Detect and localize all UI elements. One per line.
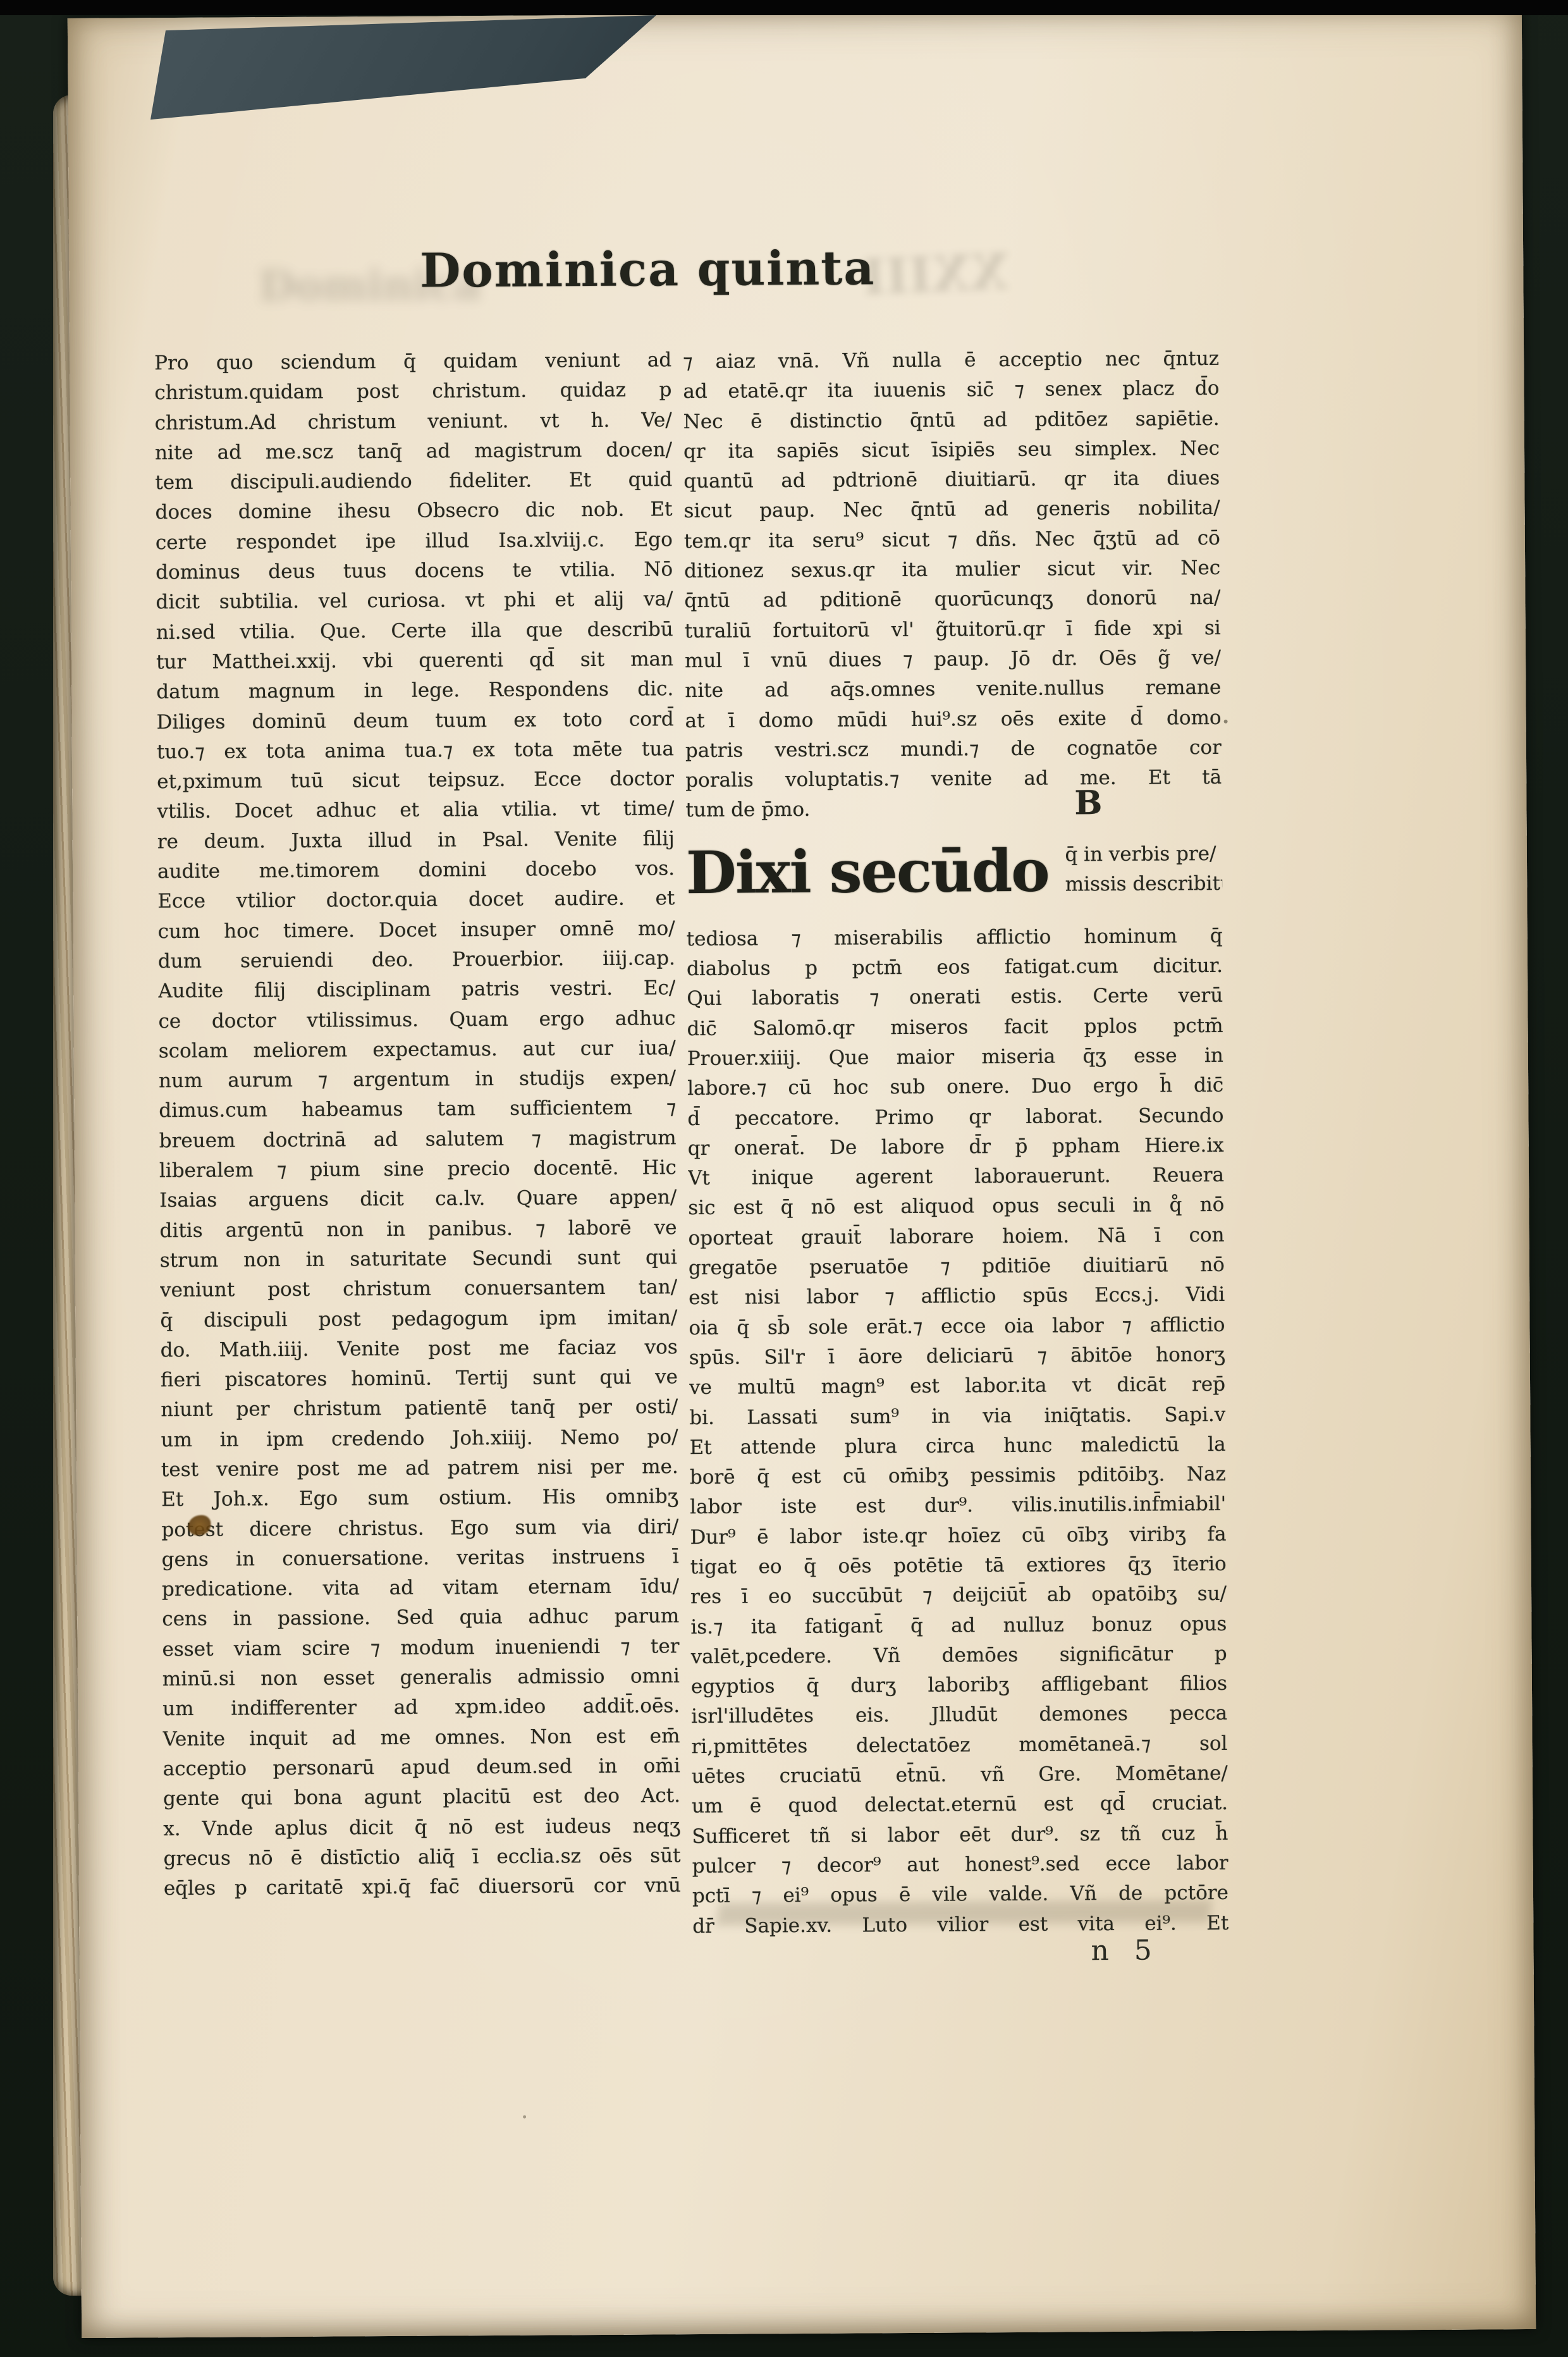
right-text-column: ⁊ aiaz vnā. Vñ nulla ē acceptio nec q̄nt… bbox=[683, 344, 1228, 1942]
text-line: Sufficeret tñ si labor eēt dur⁹. sz tñ c… bbox=[692, 1819, 1228, 1852]
text-line: nite ad aq̄s.omnes venite.nullus remane bbox=[685, 673, 1221, 706]
text-line: doces domine ihesu Obsecro dic nob. Et bbox=[155, 495, 672, 528]
heading-side-line: missis describitur bbox=[1065, 872, 1223, 896]
text-line: num aurum ⁊ argentum in studijs expen/ bbox=[159, 1063, 676, 1096]
text-line: datum magnum in lege. Respondens dic. bbox=[156, 674, 673, 707]
text-line: at ī domo mūdi hui⁹.sz oēs exite d̄ domo bbox=[685, 703, 1221, 735]
text-line: dimus.cum habeamus tam sufficientem ⁊ bbox=[159, 1093, 676, 1126]
text-line: res ī eo succūbūt ⁊ deijciūt̄ ab opatōib… bbox=[690, 1579, 1227, 1612]
text-line: x. Vnde aplus dicit q̄ nō est iudeus neq… bbox=[163, 1811, 680, 1844]
text-line: um in ipm credendo Joh.xiiij. Nemo po/ bbox=[161, 1422, 678, 1455]
text-line: christum.Ad christum veniunt. vt h. Ve/ bbox=[155, 405, 672, 438]
text-line: um ē quod delectat.eternū est qd̄ crucia… bbox=[692, 1788, 1228, 1821]
text-line: christum.quidam post christum. quidaz p bbox=[154, 376, 671, 409]
text-line: pulcer ⁊ decor⁹ aut honest⁹.sed ecce lab… bbox=[692, 1849, 1228, 1881]
text-line: patris vestri.scz mundi.⁊ de cognatōe co… bbox=[685, 733, 1222, 766]
text-line: qr onerat̄. De labore d̄r p̄ ppham Hiere… bbox=[688, 1131, 1224, 1164]
text-line: re deum. Juxta illud in Psal. Venite fil… bbox=[157, 824, 675, 857]
text-line: gregatōe pseruatōe ⁊ pditiōe diuitiarū n… bbox=[689, 1250, 1225, 1283]
text-line: grecus nō ē distīctio aliq̄ ī ecclia.sz … bbox=[163, 1841, 680, 1874]
text-line: est nisi labor ⁊ afflictio spūs Eccs.j. … bbox=[689, 1280, 1225, 1313]
text-line: qr ita sapiēs sicut īsipiēs seu simplex.… bbox=[683, 434, 1220, 467]
showthrough-smudge bbox=[716, 1900, 1213, 1926]
text-line: ve multū magn⁹ est labor.ita vt dicāt re… bbox=[689, 1370, 1225, 1403]
book-page: Dominica XXIII Dominica quinta Pro quo s… bbox=[68, 9, 1536, 2338]
text-line: dominus deus tuus docens te vtilia. Nō bbox=[156, 555, 673, 588]
text-line: cum hoc timere. Docet insuper omnē mo/ bbox=[158, 914, 675, 947]
text-line: scolam meliorem expectamus. aut cur iua/ bbox=[159, 1033, 676, 1066]
paper-speck bbox=[1224, 720, 1228, 723]
text-line: Prouer.xiiij. Que maior miseria q̄ʒ esse… bbox=[687, 1041, 1223, 1074]
text-line: Et attende plura circa hunc maledictū la bbox=[690, 1430, 1226, 1463]
quire-signature: n 5 bbox=[1091, 1935, 1152, 1967]
text-line: predicatione. vita ad vitam eternam īdu/ bbox=[162, 1572, 679, 1604]
paragraph-end-text: tum de p̄mo. bbox=[685, 795, 810, 825]
text-line: eq̄les p caritatē xpi.q̄ fac̄ diuersorū … bbox=[164, 1871, 681, 1904]
text-line: dicit subtilia. vel curiosa. vt phi et a… bbox=[156, 585, 673, 618]
section-heading-row: Dixi secūdo q̄ in verbis pre/ missis des… bbox=[686, 825, 1223, 923]
text-line: breuem doctrinā ad salutem ⁊ magistrum bbox=[159, 1123, 677, 1156]
text-line: dum seruiendi deo. Prouerbior. iiij.cap. bbox=[158, 944, 675, 976]
text-line: tigat eo q̄ oēs potētie tā extiores q̄ʒ … bbox=[690, 1549, 1227, 1582]
text-line: Isaias arguens dicit ca.lv. Quare appen/ bbox=[159, 1183, 677, 1216]
text-line: cens in passione. Sed quia adhuc parum bbox=[162, 1602, 679, 1635]
text-line: Diliges dominū deum tuum ex toto cord̄ bbox=[156, 705, 673, 737]
text-line: ce doctor vtilissimus. Quam ergo adhuc bbox=[158, 1004, 675, 1037]
text-line: egyptios q̄ durʒ laboribʒ affligebant fi… bbox=[691, 1669, 1227, 1702]
text-line: liberalem ⁊ pium sine precio docentē. Hi… bbox=[159, 1153, 677, 1186]
text-line: esset viam scire ⁊ modum inueniendi ⁊ te… bbox=[162, 1632, 679, 1665]
text-line: minū.si non esset generalis admissio omn… bbox=[162, 1661, 680, 1694]
text-line: acceptio personarū apud deum.sed in om̄i bbox=[163, 1751, 680, 1784]
text-line: Audite filij disciplinam patris vestri. … bbox=[158, 973, 675, 1006]
text-line: valēt,pcedere. Vñ demōes significātur p bbox=[691, 1639, 1227, 1672]
text-line: spūs. Sil'r ī āore deliciarū ⁊ ābitōe ho… bbox=[689, 1340, 1225, 1373]
text-line: bi. Lassati sum⁹ in via iniq̄tatis. Sapi… bbox=[689, 1400, 1225, 1432]
text-line: et,pximum tuū sicut teipsuz. Ecce doctor bbox=[157, 764, 674, 797]
text-line: Venite inquit ad me omnes. Non est em̄ bbox=[162, 1721, 680, 1754]
text-line: q̄ discipuli post pedagogum ipm imitan/ bbox=[160, 1303, 677, 1336]
text-line: diabolus p pctm̄ eos fatigat.cum dicitur… bbox=[687, 951, 1223, 984]
text-line: ni.sed vtilia. Que. Certe illa que descr… bbox=[156, 615, 673, 648]
text-line: tur Matthei.xxij. vbi querenti qd̄ sit m… bbox=[156, 644, 673, 677]
text-line: Pro quo sciendum q̄ quidam veniunt ad bbox=[154, 345, 671, 378]
text-line: niunt per christum patientē tanq̄ per os… bbox=[161, 1393, 678, 1425]
text-line: Vt inique agerent laborauerunt. Reuera bbox=[688, 1160, 1224, 1193]
text-line: gente qui bona agunt placitū est deo Act… bbox=[163, 1781, 680, 1814]
text-line: test venire post me ad patrem nisi per m… bbox=[161, 1452, 678, 1485]
text-line: audite me.timorem domini docebo vos. bbox=[157, 854, 675, 887]
section-heading-large: Dixi secūdo bbox=[686, 826, 1049, 917]
text-line: strum non in saturitate Secundi sunt qui bbox=[160, 1243, 677, 1276]
text-line: ditis argentū non in panibus. ⁊ laborē v… bbox=[159, 1213, 677, 1246]
text-line: Dur⁹ ē labor iste.qr hoīez cū oībʒ virib… bbox=[690, 1520, 1226, 1553]
section-heading-side: q̄ in verbis pre/ missis describitur bbox=[1065, 825, 1222, 900]
text-line: veniunt post christum conuersantem tan/ bbox=[160, 1272, 677, 1305]
text-line: do. Math.iiij. Venite post me faciaz vos bbox=[161, 1332, 678, 1365]
text-line: is.⁊ ita fatigant̄ q̄ ad nulluz bonuz op… bbox=[690, 1609, 1227, 1642]
page-title: Dominica quinta bbox=[385, 241, 910, 298]
text-line: dic̄ Salomō.qr miseros facit pplos pctm̄ bbox=[687, 1011, 1223, 1044]
paragraph-end-row: tum de p̄mo. B bbox=[685, 792, 1222, 825]
text-line: sicut paup. Nec q̄ntū ad generis nobilit… bbox=[683, 493, 1220, 526]
text-line: nite ad me.scz tanq̄ ad magistrum docen/ bbox=[155, 435, 672, 468]
text-line: Ecce vtilior doctor.quia docet audire. e… bbox=[157, 884, 675, 917]
text-line: oporteat grauit̄ laborare hoiem. Nā ī co… bbox=[688, 1221, 1224, 1253]
text-line: tem.qr ita seru⁹ sicut ⁊ dñs. Nec q̄ʒtū … bbox=[684, 524, 1220, 557]
right-column-upper: ⁊ aiaz vnā. Vñ nulla ē acceptio nec q̄nt… bbox=[683, 344, 1222, 796]
text-line: tuo.⁊ ex tota anima tua.⁊ ex tota mēte t… bbox=[157, 734, 674, 767]
text-line: labore.⁊ cū hoc sub onere. Duo ergo h̄ d… bbox=[687, 1071, 1223, 1104]
text-line: quantū ad pdtrionē diuitiarū. qr ita diu… bbox=[683, 464, 1220, 496]
text-line: ditionez sexus.qr ita mulier sicut vir. … bbox=[684, 553, 1220, 586]
text-line: certe respondet ipe illud Isa.xlviij.c. … bbox=[156, 525, 673, 558]
text-line: poralis voluptatis.⁊ venite ad me. Et tā bbox=[685, 763, 1222, 796]
right-column-lower: tediosa ⁊ miserabilis afflictio hominum … bbox=[687, 921, 1229, 1942]
text-line: potest dicere christus. Ego sum via diri… bbox=[161, 1512, 678, 1545]
paper-speck bbox=[523, 2115, 526, 2119]
text-line: vtilis. Docet adhuc et alia vtilia. vt t… bbox=[157, 794, 674, 827]
text-line: d̄ peccatore. Primo qr laborat. Secundo bbox=[687, 1100, 1223, 1133]
left-text-column: Pro quo sciendum q̄ quidam veniunt adchr… bbox=[154, 345, 681, 1904]
text-line: turaliū fortuitorū vl' g̃tuitorū.qr ī fi… bbox=[685, 613, 1221, 646]
text-line: gens in conuersatione. veritas instruens… bbox=[162, 1542, 679, 1575]
text-line: uētes cruciatū et̄nū. vñ Gre. Momētane/ bbox=[692, 1759, 1228, 1792]
text-line: Et Joh.x. Ego sum ostium. His omnibʒ bbox=[161, 1482, 678, 1515]
text-line: isrl'illudētes eis. Jlludūt demones pecc… bbox=[691, 1699, 1227, 1732]
scan-top-edge bbox=[0, 0, 1568, 15]
text-line: fieri piscatores hominū. Tertij sunt qui… bbox=[161, 1362, 678, 1395]
text-line: q̄ntū ad pditionē quorūcunqʒ donorū na/ bbox=[684, 583, 1220, 616]
text-line: labor iste est dur⁹. vilis.inutilis.inf̄… bbox=[690, 1489, 1226, 1522]
text-line: Nec ē distinctio q̄ntū ad pditōez sapiēt… bbox=[683, 404, 1220, 437]
text-line: mul ī vnū diues ⁊ paup. Jō dr. Oēs g̃ ve… bbox=[685, 643, 1221, 676]
text-line: tem discipuli.audiendo fideliter. Et qui… bbox=[155, 465, 672, 498]
scan-background: Dominica XXIII Dominica quinta Pro quo s… bbox=[0, 0, 1568, 2357]
text-line: um indifferenter ad xpm.ideo addit̄.oēs. bbox=[162, 1692, 680, 1725]
text-line: sic est q̄ nō est aliquod opus seculi in… bbox=[688, 1190, 1224, 1223]
text-line: ri,pmittētes delectatōez momētaneā.⁊ sol bbox=[691, 1729, 1227, 1762]
margin-letter: B bbox=[1074, 789, 1102, 819]
text-line: ⁊ aiaz vnā. Vñ nulla ē acceptio nec q̄nt… bbox=[683, 344, 1219, 377]
text-line: tediosa ⁊ miserabilis afflictio hominum … bbox=[687, 921, 1223, 954]
text-line: Qui laboratis ⁊ onerati estis. Certe ver… bbox=[687, 981, 1223, 1014]
text-line: borē q̄ est cū om̄ibʒ pessimis pditōibʒ.… bbox=[690, 1460, 1226, 1492]
text-line: ad etatē.qr ita iuuenis sic̄ ⁊ senex pla… bbox=[683, 374, 1219, 407]
text-line: oia q̄ sb̄ sole erāt.⁊ ecce oia labor ⁊ … bbox=[689, 1310, 1225, 1343]
heading-side-line: q̄ in verbis pre/ bbox=[1065, 842, 1216, 866]
